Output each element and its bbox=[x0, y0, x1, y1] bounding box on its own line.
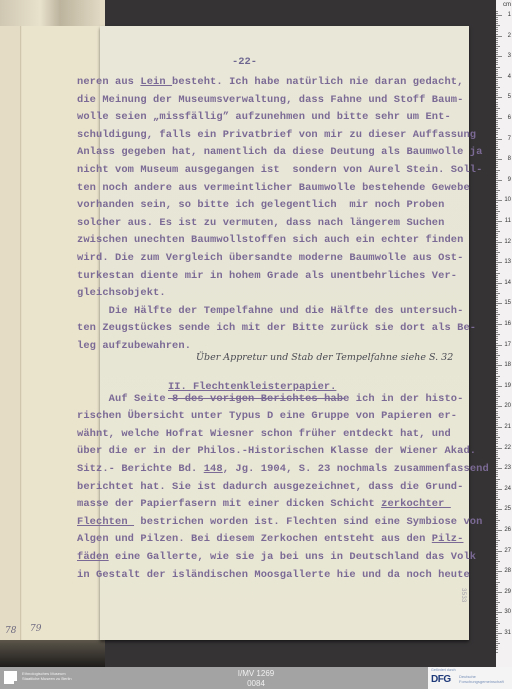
ruler-tick bbox=[496, 536, 498, 537]
ruler-tick bbox=[496, 433, 498, 434]
underlined-text: Lein bbox=[140, 76, 172, 88]
ruler-tick bbox=[496, 367, 498, 368]
ruler-tick bbox=[496, 23, 498, 24]
ruler-tick bbox=[496, 577, 498, 578]
underlined-text: Flechten bbox=[77, 516, 134, 528]
ruler-tick bbox=[496, 503, 498, 504]
ruler-tick bbox=[496, 81, 498, 82]
ruler-tick bbox=[496, 167, 498, 168]
ruler-tick bbox=[496, 534, 498, 535]
ruler-tick bbox=[496, 256, 498, 257]
ruler-label: 27 bbox=[504, 548, 511, 554]
ruler-tick bbox=[496, 382, 498, 383]
ruler-tick bbox=[496, 592, 502, 593]
ruler-tick bbox=[496, 604, 498, 605]
ruler-tick bbox=[496, 151, 498, 152]
ruler-tick bbox=[496, 320, 498, 321]
ruler-tick bbox=[496, 153, 498, 154]
ruler-tick bbox=[496, 421, 498, 422]
ruler-tick bbox=[496, 586, 498, 587]
ruler-tick bbox=[496, 322, 498, 323]
ruler-tick bbox=[496, 316, 498, 317]
ruler-tick bbox=[496, 279, 498, 280]
text-run: rischen Übersicht unter Typus D eine Gru… bbox=[77, 410, 457, 422]
ruler-tick bbox=[496, 202, 498, 203]
ruler-tick bbox=[496, 402, 498, 403]
ruler-tick bbox=[496, 584, 498, 585]
ruler-tick bbox=[496, 544, 498, 545]
ruler-tick bbox=[496, 526, 498, 527]
ruler-tick bbox=[496, 429, 498, 430]
ruler-label: 3 bbox=[508, 53, 511, 59]
ruler-tick bbox=[496, 75, 498, 76]
ruler-label: 17 bbox=[504, 342, 511, 348]
ruler-tick bbox=[496, 262, 502, 263]
text-run: solcher aus. Es ist zu vermuten, dass na… bbox=[77, 217, 444, 229]
ruler-tick bbox=[496, 145, 498, 146]
text-run: masse der Papierfasern mit einer dicken … bbox=[77, 498, 381, 510]
ruler-tick bbox=[496, 58, 498, 59]
ruler-tick bbox=[496, 87, 500, 88]
ruler-label: 23 bbox=[504, 465, 511, 471]
ruler-tick bbox=[496, 293, 500, 294]
ruler-label: 18 bbox=[504, 362, 511, 368]
text-line: turkestan diente mir in hohem Grade als … bbox=[77, 268, 477, 286]
text-line: Sitz.- Berichte Bd. 148, Jg. 1904, S. 23… bbox=[77, 461, 477, 479]
ruler-tick bbox=[496, 71, 498, 72]
ruler-tick bbox=[496, 110, 498, 111]
ruler-tick bbox=[496, 13, 498, 14]
ruler-tick bbox=[496, 275, 498, 276]
ruler-tick bbox=[496, 252, 500, 253]
ruler-tick bbox=[496, 186, 498, 187]
text-line: wolle seien „missfällig” aufzunehmen und… bbox=[77, 109, 477, 127]
ruler-tick bbox=[496, 48, 498, 49]
text-run: , Jg. 1904, S. 23 nochmals zusammenfasse… bbox=[223, 463, 489, 475]
ruler-tick bbox=[496, 194, 498, 195]
ruler-tick bbox=[496, 472, 498, 473]
ruler-tick bbox=[496, 11, 498, 12]
ruler-tick bbox=[496, 629, 498, 630]
ruler-tick bbox=[496, 338, 498, 339]
ruler-label: 20 bbox=[504, 403, 511, 409]
ruler-tick bbox=[496, 161, 498, 162]
footer-bar: Ethnologisches Museum Staatliche Museen … bbox=[0, 667, 512, 689]
ruler-tick bbox=[496, 277, 498, 278]
ruler-tick bbox=[496, 79, 498, 80]
ruler-tick bbox=[496, 532, 498, 533]
ruler-label: 8 bbox=[508, 156, 511, 162]
ruler-tick bbox=[496, 116, 498, 117]
text-line: wird. Die zum Vergleich übersandte moder… bbox=[77, 250, 477, 268]
ruler-tick bbox=[496, 501, 498, 502]
text-line: Anlass gegeben hat, namentlich da diese … bbox=[77, 144, 477, 162]
text-line: gleichsobjekt. bbox=[77, 285, 477, 303]
ruler-tick bbox=[496, 369, 498, 370]
ruler-tick bbox=[496, 188, 498, 189]
ruler-label: 22 bbox=[504, 445, 511, 451]
ruler-tick bbox=[496, 497, 498, 498]
ruler-tick bbox=[496, 551, 502, 552]
ruler-tick bbox=[496, 106, 498, 107]
ruler-tick bbox=[496, 417, 500, 418]
dfg-name: Deutsche Forschungsgemeinschaft bbox=[459, 674, 504, 684]
ruler-tick bbox=[496, 223, 498, 224]
ruler-tick bbox=[496, 561, 500, 562]
text-line: fäden eine Gallerte, wie sie ja bei uns … bbox=[77, 549, 477, 567]
text-run: neren aus bbox=[77, 76, 140, 88]
ruler-tick bbox=[496, 178, 498, 179]
ruler-tick bbox=[496, 425, 498, 426]
ruler-tick bbox=[496, 36, 502, 37]
text-line: über die er in der Philos.-Historischen … bbox=[77, 443, 477, 461]
ruler-tick bbox=[496, 219, 498, 220]
ruler-tick bbox=[496, 231, 500, 232]
ruler-tick bbox=[496, 147, 498, 148]
ruler-tick bbox=[496, 29, 498, 30]
ruler-tick bbox=[496, 330, 498, 331]
text-line: neren aus Lein besteht. Ich habe natürli… bbox=[77, 74, 477, 92]
text-line: ten Zeugstückes sende ich mit der Bitte … bbox=[77, 320, 477, 338]
ruler-tick bbox=[496, 617, 498, 618]
ruler-label: 28 bbox=[504, 568, 511, 574]
text-run: Algen und Pilzen. Bei diesem Zerkochen e… bbox=[77, 533, 432, 545]
ruler-tick bbox=[496, 365, 502, 366]
ruler-tick bbox=[496, 273, 500, 274]
ruler-tick bbox=[496, 631, 498, 632]
ruler-tick bbox=[496, 310, 498, 311]
ruler-tick bbox=[496, 19, 498, 20]
ruler-tick bbox=[496, 205, 498, 206]
ruler-tick bbox=[496, 376, 500, 377]
ruler-tick bbox=[496, 159, 502, 160]
ruler-tick bbox=[496, 495, 498, 496]
ruler-tick bbox=[496, 254, 498, 255]
text-run: gleichsobjekt. bbox=[77, 287, 166, 299]
ruler-tick bbox=[496, 582, 500, 583]
ruler-tick bbox=[496, 21, 498, 22]
ruler-tick bbox=[496, 56, 502, 57]
ruler-tick bbox=[496, 163, 498, 164]
ruler-tick bbox=[496, 639, 498, 640]
text-line: ten noch andere aus vermeintlicher Baumw… bbox=[77, 180, 477, 198]
text-run: turkestan diente mir in hohem Grade als … bbox=[77, 270, 457, 282]
text-line: nicht vom Museum ausgegangen ist sondern… bbox=[77, 162, 477, 180]
ruler-tick bbox=[496, 281, 498, 282]
ruler-tick bbox=[496, 157, 498, 158]
ruler-tick bbox=[496, 470, 498, 471]
ruler-tick bbox=[496, 225, 498, 226]
ruler-tick bbox=[496, 172, 498, 173]
ruler-tick bbox=[496, 353, 498, 354]
ruler-tick bbox=[496, 91, 498, 92]
ruler-tick bbox=[496, 60, 498, 61]
ruler-tick bbox=[496, 149, 500, 150]
ruler-tick bbox=[496, 524, 498, 525]
ruler-tick bbox=[496, 499, 500, 500]
ruler-unit: cm bbox=[503, 2, 511, 8]
ruler-tick bbox=[496, 468, 502, 469]
ruler-tick bbox=[496, 452, 498, 453]
ruler-tick bbox=[496, 522, 498, 523]
ruler-tick bbox=[496, 314, 500, 315]
ruler-tick bbox=[496, 246, 498, 247]
ruler-tick bbox=[496, 602, 500, 603]
ruler-tick bbox=[496, 396, 500, 397]
text-line: in Gestalt der isländischen Moosgallerte… bbox=[77, 567, 477, 585]
ruler-tick bbox=[496, 270, 498, 271]
ruler-tick bbox=[496, 85, 498, 86]
text-run: wolle seien „missfällig” aufzunehmen und… bbox=[77, 111, 451, 123]
ruler-tick bbox=[496, 427, 502, 428]
text-line: solcher aus. Es ist zu vermuten, dass na… bbox=[77, 215, 477, 233]
text-line: masse der Papierfasern mit einer dicken … bbox=[77, 496, 477, 514]
ruler-tick bbox=[496, 308, 498, 309]
ruler-tick bbox=[496, 600, 498, 601]
ruler-tick bbox=[496, 297, 498, 298]
ruler-tick bbox=[496, 207, 498, 208]
ruler-tick bbox=[496, 384, 498, 385]
ruler-tick bbox=[496, 192, 498, 193]
ruler-tick bbox=[496, 594, 498, 595]
ruler-tick bbox=[496, 102, 498, 103]
ruler-tick bbox=[496, 516, 498, 517]
ruler-label: 5 bbox=[508, 94, 511, 100]
ruler-tick bbox=[496, 635, 498, 636]
ruler-label: 2 bbox=[508, 33, 511, 39]
ruler-tick bbox=[496, 285, 498, 286]
page-fold-line bbox=[20, 26, 21, 641]
ruler-tick bbox=[496, 649, 498, 650]
underlined-text: fäden bbox=[77, 551, 109, 563]
ruler-tick bbox=[496, 54, 498, 55]
ruler-tick bbox=[496, 174, 498, 175]
ruler-tick bbox=[496, 128, 500, 129]
ruler-tick bbox=[496, 598, 498, 599]
ruler-tick bbox=[496, 608, 498, 609]
ruler-tick bbox=[496, 198, 498, 199]
ruler-tick bbox=[496, 89, 498, 90]
text-line: vorhanden sein, so bitte ich gelegentlic… bbox=[77, 197, 477, 215]
ruler-tick bbox=[496, 394, 498, 395]
ruler-tick bbox=[496, 99, 498, 100]
ruler-tick bbox=[496, 38, 498, 39]
ruler-tick bbox=[496, 386, 502, 387]
ruler-tick bbox=[496, 633, 502, 634]
ruler-tick bbox=[496, 489, 502, 490]
ruler-tick bbox=[496, 456, 498, 457]
ruler-tick bbox=[496, 77, 502, 78]
underlined-text: zerkochter bbox=[381, 498, 451, 510]
text-line: rischen Übersicht unter Typus D eine Gru… bbox=[77, 408, 477, 426]
scan-image: -22- neren aus Lein besteht. Ich habe na… bbox=[0, 0, 512, 667]
ruler-tick bbox=[496, 42, 498, 43]
ruler-tick bbox=[496, 423, 498, 424]
ruler-tick bbox=[496, 435, 498, 436]
ruler-tick bbox=[496, 334, 500, 335]
ruler-tick bbox=[496, 250, 498, 251]
text-run: ten noch andere aus vermeintlicher Baumw… bbox=[77, 182, 470, 194]
ruler-tick bbox=[496, 462, 498, 463]
ruler-tick bbox=[496, 240, 498, 241]
ruler-tick bbox=[496, 590, 498, 591]
ruler-label: 19 bbox=[504, 383, 511, 389]
ruler-tick bbox=[496, 345, 502, 346]
ruler-tick bbox=[496, 400, 498, 401]
ruler-label: 25 bbox=[504, 506, 511, 512]
ruler-tick bbox=[496, 211, 500, 212]
dfg-logo-icon: DFG bbox=[431, 674, 451, 685]
ruler-tick bbox=[496, 180, 502, 181]
ruler-tick bbox=[496, 647, 498, 648]
underlined-text: Pilz- bbox=[432, 533, 464, 545]
ruler-tick bbox=[496, 155, 498, 156]
ruler-tick bbox=[496, 200, 502, 201]
ruler-tick bbox=[496, 260, 498, 261]
ruler-tick bbox=[496, 450, 498, 451]
side-stamp-number: 3533 bbox=[460, 588, 467, 602]
ruler-label: 29 bbox=[504, 589, 511, 595]
text-run: zwischen unechten Baumwollstoffen sich a… bbox=[77, 234, 463, 246]
ruler-tick bbox=[496, 612, 502, 613]
ruler-tick bbox=[496, 466, 498, 467]
ruler-tick bbox=[496, 614, 498, 615]
ruler-tick bbox=[496, 540, 500, 541]
ruler-tick bbox=[496, 97, 502, 98]
ruler-tick bbox=[496, 645, 498, 646]
ruler-tick bbox=[496, 392, 498, 393]
ruler-tick bbox=[496, 509, 502, 510]
ruler-tick bbox=[496, 415, 498, 416]
ruler-tick bbox=[496, 176, 498, 177]
ruler-tick bbox=[496, 209, 498, 210]
ruler-tick bbox=[496, 244, 498, 245]
text-run bbox=[77, 358, 83, 370]
ruler-tick bbox=[496, 621, 498, 622]
text-run: leg aufzubewahren. bbox=[77, 340, 191, 352]
ruler-tick bbox=[496, 126, 498, 127]
ruler-tick bbox=[496, 227, 498, 228]
ruler-tick bbox=[496, 579, 498, 580]
ruler-tick bbox=[496, 112, 498, 113]
ruler-tick bbox=[496, 641, 498, 642]
ruler-tick bbox=[496, 549, 498, 550]
text-run: ten Zeugstückes sende ich mit der Bitte … bbox=[77, 322, 476, 334]
ruler-tick bbox=[496, 411, 498, 412]
ruler-tick bbox=[496, 46, 500, 47]
ruler-tick bbox=[496, 139, 502, 140]
ruler-tick bbox=[496, 454, 498, 455]
ruler-tick bbox=[496, 596, 498, 597]
ruler-tick bbox=[496, 336, 498, 337]
ruler-tick bbox=[496, 52, 498, 53]
ruler-tick bbox=[496, 44, 498, 45]
ruler-label: 1 bbox=[508, 12, 511, 18]
ruler-label: 16 bbox=[504, 321, 511, 327]
ruler-tick bbox=[496, 571, 502, 572]
ruler-tick bbox=[496, 15, 502, 16]
ruler-tick bbox=[496, 40, 498, 41]
ruler-tick bbox=[496, 479, 500, 480]
text-run: bestrichen worden ist. Flechten sind ein… bbox=[134, 516, 482, 528]
ruler-tick bbox=[496, 312, 498, 313]
ruler-tick bbox=[496, 514, 498, 515]
ruler-tick bbox=[496, 481, 498, 482]
ruler-tick bbox=[496, 268, 498, 269]
margin-note-2: 79 bbox=[30, 624, 41, 634]
ruler-tick bbox=[496, 474, 498, 475]
ruler-tick bbox=[496, 108, 500, 109]
ruler-tick bbox=[496, 487, 498, 488]
ruler-tick bbox=[496, 569, 498, 570]
ruler-label: 31 bbox=[504, 630, 511, 636]
ruler-tick bbox=[496, 483, 498, 484]
text-run: nicht vom Museum ausgegangen ist sondern… bbox=[77, 164, 482, 176]
text-run: in Gestalt der isländischen Moosgallerte… bbox=[77, 569, 470, 581]
ruler-tick bbox=[496, 652, 498, 653]
ruler-tick bbox=[496, 340, 498, 341]
ruler-tick bbox=[496, 67, 500, 68]
ruler-tick bbox=[496, 363, 498, 364]
ruler-tick bbox=[496, 437, 500, 438]
ruler-tick bbox=[496, 299, 498, 300]
ruler-tick bbox=[496, 408, 498, 409]
text-run: schuldigung, falls ein Privatbrief von m… bbox=[77, 129, 476, 141]
ruler-tick bbox=[496, 130, 498, 131]
ruler-tick bbox=[496, 64, 498, 65]
ruler-tick bbox=[496, 283, 502, 284]
text-run bbox=[77, 375, 83, 387]
ruler-tick bbox=[496, 31, 498, 32]
ruler-label: 14 bbox=[504, 280, 511, 286]
ruler-tick bbox=[496, 530, 502, 531]
ruler-tick bbox=[496, 326, 498, 327]
ruler-tick bbox=[496, 443, 498, 444]
text-line: Flechten bestrichen worden ist. Flechten… bbox=[77, 514, 477, 532]
ruler-label: 6 bbox=[508, 115, 511, 121]
ruler-tick bbox=[496, 295, 498, 296]
ruler-tick bbox=[496, 233, 498, 234]
ruler-tick bbox=[496, 528, 498, 529]
ruler-tick bbox=[496, 643, 500, 644]
text-line: berichtet hat. Sie ist dadurch ausgezeic… bbox=[77, 479, 477, 497]
ruler-tick bbox=[496, 505, 498, 506]
ruler-tick bbox=[496, 406, 502, 407]
ruler-tick bbox=[496, 62, 498, 63]
ruler-label: 7 bbox=[508, 136, 511, 142]
text-run: besteht. Ich habe natürlich nie daran ge… bbox=[172, 76, 463, 88]
ruler-tick bbox=[496, 439, 498, 440]
ruler-tick bbox=[496, 413, 498, 414]
text-line: Algen und Pilzen. Bei diesem Zerkochen e… bbox=[77, 531, 477, 549]
ruler-label: 4 bbox=[508, 74, 511, 80]
ruler-tick bbox=[496, 242, 502, 243]
ruler-tick bbox=[496, 441, 498, 442]
ruler-label: 21 bbox=[504, 424, 511, 430]
ruler-tick bbox=[496, 557, 498, 558]
ruler-tick bbox=[496, 213, 498, 214]
text-run: wähnt, welche Hofrat Wiesner schon frühe… bbox=[77, 428, 451, 440]
ruler-tick bbox=[496, 17, 498, 18]
ruler-tick bbox=[496, 357, 498, 358]
ruler-tick bbox=[496, 349, 498, 350]
text-run: berichtet hat. Sie ist dadurch ausgezeic… bbox=[77, 481, 463, 493]
ruler-tick bbox=[496, 518, 498, 519]
ruler-tick bbox=[496, 559, 498, 560]
funded-by-label: Gefördert durch bbox=[431, 668, 456, 672]
ruler-label: 24 bbox=[504, 486, 511, 492]
text-line: wähnt, welche Hofrat Wiesner schon frühe… bbox=[77, 426, 477, 444]
